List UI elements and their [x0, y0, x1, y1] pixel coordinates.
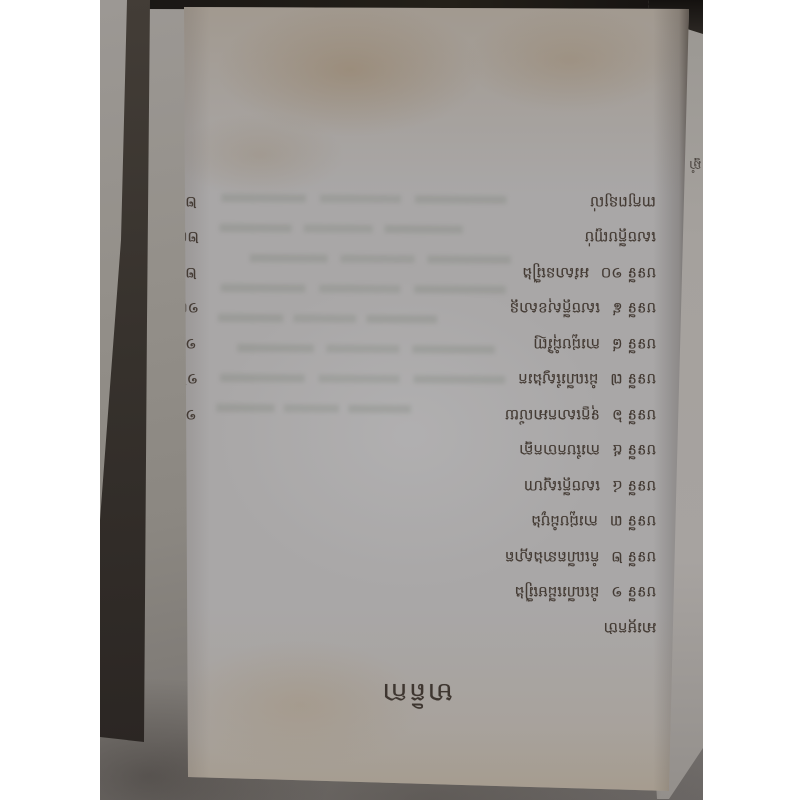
toc-entry: បទទី ៥ការបែកចាកគ្នា៧០	[164, 424, 656, 460]
chapter-number-label: បទទី ៦	[612, 402, 656, 424]
entry-title: សេចក្ដីសុខសាន្ត	[510, 296, 600, 318]
entry-page-number: ២៥៥	[164, 189, 197, 211]
entry-page-number: ១២២	[164, 367, 198, 389]
chapter-number-label: បទទី ១០	[601, 260, 656, 282]
toc-entry: បទទី ១០អវសានរឿង២០០	[164, 247, 656, 283]
entry-page-number: ៥	[164, 615, 175, 637]
entry-page-number: ១០	[164, 580, 186, 602]
entry-title: សេចក្ដីស្នេហា	[524, 473, 600, 495]
entry-page-number: ១៥	[164, 544, 186, 566]
entry-title: ទុក្ខសោកអាល័យ	[505, 402, 600, 424]
entry-title: កំណើតនាងស្អាត	[505, 544, 599, 566]
entry-title: ដំណើរដើមរឿង	[515, 580, 600, 602]
chapter-number-label: បទទី ៥	[612, 438, 656, 460]
entry-page-number: ៣០	[164, 509, 187, 531]
entry-page-number: ១៧២	[164, 296, 199, 318]
entry-page-number: ១០០	[164, 402, 197, 424]
toc-entry: បទទី ៦ទុក្ខសោកអាល័យ១០០	[164, 389, 656, 425]
entry-page-number: ៥២	[164, 473, 186, 495]
toc-entry: អារម្ភកថា៥	[164, 602, 656, 638]
chapter-number-label: បទទី ១	[611, 580, 656, 602]
book-cover-left-edge	[100, 0, 152, 745]
page-title: មាតិកា	[140, 671, 693, 709]
entry-title: អវសានរឿង	[522, 260, 588, 282]
entry-page-number: ៧០	[164, 438, 187, 460]
entry-page-number: ១៥៥	[164, 331, 197, 353]
toc-entry: សេចក្ដីបញ្ចប់២៣៥	[164, 211, 656, 247]
toc-entry: បទទី ៨ការជួបជុំវិញ១៥៥	[164, 318, 656, 354]
toc-entry: បទទី ៧ដំណើរស្វែងរក១២២	[164, 353, 656, 389]
entry-page-number: ២៣៥	[164, 225, 199, 247]
toc-entry: បទទី ៤សេចក្ដីស្នេហា៥២	[164, 460, 656, 496]
product-photo-canvas: ឆ្នាំ ៣៣៣៣ មាតិកា អារម្ភកថា៥បទទី ១ដំណើរដ…	[0, 0, 800, 800]
entry-title: ការជួបដំបូង	[531, 509, 598, 531]
entry-title: សេចក្ដីបញ្ចប់	[585, 225, 656, 247]
toc-entry: បទទី ៣ការជួបដំបូង៣០	[164, 495, 656, 531]
toc-list: អារម្ភកថា៥បទទី ១ដំណើរដើមរឿង១០បទទី ២កំណើត…	[140, 176, 693, 638]
toc-entry: បទទី ២កំណើតនាងស្អាត១៥	[164, 531, 656, 567]
book-photo: ឆ្នាំ ៣៣៣៣ មាតិកា អារម្ភកថា៥បទទី ១ដំណើរដ…	[100, 0, 703, 800]
chapter-number-label: បទទី ៧	[610, 367, 656, 389]
entry-title: ដំណើរស្វែងរក	[518, 367, 598, 389]
entry-page-number: ២០០	[164, 260, 197, 282]
chapter-number-label: បទទី ៣	[610, 509, 656, 531]
toc-entry: បទទី ១ដំណើរដើមរឿង១០	[164, 566, 656, 602]
entry-title: ពាក្យពន្យល់	[590, 189, 656, 211]
entry-title: ការជួបជុំវិញ	[533, 331, 600, 353]
chapter-number-label: បទទី ២	[611, 544, 656, 566]
entry-title: អារម្ភកថា	[604, 615, 656, 637]
chapter-number-label: បទទី ៩	[612, 296, 656, 318]
entry-title: ការបែកចាកគ្នា	[519, 438, 600, 460]
chapter-number-label: បទទី ៨	[612, 331, 656, 353]
toc-entry: ពាក្យពន្យល់២៥៥	[164, 176, 656, 212]
page-content-rotated-180: មាតិកា អារម្ភកថា៥បទទី ១ដំណើរដើមរឿង១០បទទី…	[140, 5, 693, 797]
toc-entry: បទទី ៩សេចក្ដីសុខសាន្ត១៧២	[164, 282, 656, 318]
chapter-number-label: បទទី ៤	[612, 473, 656, 495]
toc-page: មាតិកា អារម្ភកថា៥បទទី ១ដំណើរដើមរឿង១០បទទី…	[140, 5, 693, 797]
